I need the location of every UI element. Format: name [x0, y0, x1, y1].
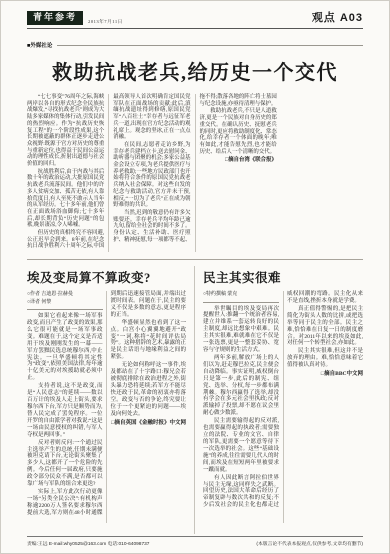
masthead: 青年参考 2013年7月11日 观点A03: [27, 9, 363, 29]
newspaper-logo: 青年参考: [27, 11, 83, 25]
democracy-article-body: ○特约撰稿 蒙克 举世瞩目的埃及变局再次提醒世人:推翻一个统治者容易,建立并维系…: [203, 291, 363, 523]
translator-line: ○译者 何黎: [27, 299, 103, 307]
egypt-byline: ○作者 吉迪恩·拉赫曼 ○译者 何黎: [27, 291, 103, 310]
egypt-article-source: □摘自英国《金融时报》中文网: [111, 420, 187, 427]
page-number: A03: [340, 12, 363, 24]
democracy-byline: ○特约撰稿 蒙克: [203, 291, 279, 303]
author-line: ○作者 吉迪恩·拉赫曼: [27, 291, 103, 299]
main-article-body: “七七事变”76周年之际,海峡两岸以各自的形式纪念全民族抗战爆发,“寻找抗战老兵…: [27, 94, 363, 252]
bottom-section: 埃及变局算不算政变? ○作者 吉迪恩·拉赫曼 ○译者 何黎 如果它看起来像一场军…: [27, 266, 363, 534]
section-divider: [27, 259, 363, 260]
main-paragraph: 在民间,志愿者走访乡野,为幸存老兵建档立卡,送去慰问金、助听器与团聚的机会;多家…: [113, 142, 190, 209]
main-headline: 救助抗战老兵,给历史一个交代: [27, 56, 363, 85]
author-line: ○特约撰稿 蒙克: [203, 291, 279, 299]
main-paragraph: “七七事变”76周年之际,海峡两岸以各自的形式纪念全民族抗战爆发,“寻找抗战老兵…: [27, 94, 104, 168]
column-kicker: ■外媒社论: [27, 41, 52, 49]
kicker-row: ■外媒社论: [27, 41, 363, 49]
democracy-article-source: □摘自BBC中文网: [287, 371, 363, 378]
newspaper-page: 青年参考 2013年7月11日 观点A03 ■外媒社论 救助抗战老兵,给历史一个…: [0, 0, 390, 554]
page-footer: 责编:王远 E-mail:why0525@163.com 电话:010-6409…: [27, 536, 363, 547]
democracy-paragraph: 举世瞩目的埃及变局再次提醒世人:推翻一个统治者容易,建立并维系一套运转良好的民主…: [203, 306, 279, 354]
issue-date: 2013年7月11日: [88, 19, 123, 25]
footer-contact: 责编:王远 E-mail:why0525@163.com 电话:010-6409…: [27, 540, 149, 547]
democracy-paragraph: 两年多前,解放广场上的人们以为,赶走穆巴拉克,民主便会自动降临。事实证明,威权倒…: [203, 355, 279, 417]
article-egypt: 埃及变局算不算政变? ○作者 吉迪恩·拉赫曼 ○译者 何黎 如果它看起来像一场军…: [27, 266, 195, 534]
footer-disclaimer: (本版言论不代表本报观点,仅供参考,文章均有删节): [256, 540, 363, 547]
section-page-label: 观点A03: [312, 9, 363, 25]
egypt-article-body: ○作者 吉迪恩·拉赫曼 ○译者 何黎 如果它看起来像一场军事政变,而且产生了政变…: [27, 291, 186, 523]
democracy-paragraph: 民主需要输得起的反对派,也需要赢得起的执政者;需要独立的法院、专业的文官、自律的…: [203, 418, 279, 473]
democracy-paragraph: 真正值得警惕的,是把民主简化为街头人数的比拼,或把选举等同于民主的全部。民主之难…: [287, 306, 363, 348]
egypt-paragraph: 支持者说,这不是政变,而是“人民意志”的延续——数以百万计的埃及人走上街头,要求…: [27, 383, 103, 438]
egypt-paragraph: 如果它看起来像一场军事政变,而且产生了政变的效果,那么它很可能就是一场军事政变。…: [27, 313, 103, 382]
democracy-paragraph: 民主其实很难,但这并不是放弃的理由。难,恰恰意味着它值得被认真对待。: [287, 348, 363, 369]
kicker-rule: [57, 45, 363, 46]
section-name: 观点: [312, 12, 336, 24]
main-paragraph: 救助抗战老兵,不只是人道救济,更是一个民族对自身历史的郑重交代。在确认历史、抚慰…: [200, 108, 277, 155]
article-democracy: 民主其实很难 ○特约撰稿 蒙克 举世瞩目的埃及变局再次提醒世人:推翻一个统治者容…: [195, 266, 363, 534]
egypt-headline: 埃及变局算不算政变?: [27, 268, 186, 286]
main-article-source: □摘自台湾《联合报》: [200, 157, 277, 164]
egypt-paragraph: 华盛顿显然也看到了这一点。白宫小心翼翼地避开“政变”一词,称将“花时间评估局势”…: [111, 320, 187, 362]
egypt-paragraph: 反对者则反问:一个通过民主选举产生的总统,任期未满便被坦克请下台,无论街头聚集了…: [27, 440, 103, 488]
main-paragraph: 抗战胜利后,由于内战与其后数十年的政治运动,大批原国民党抗战老兵流落民间。他们中…: [27, 169, 104, 229]
egypt-paragraph: 无论如何称呼这一事件,埃及都站在了十字路口:穆兄会若被彻底排除在政治进程之外,街…: [111, 362, 187, 417]
democracy-headline: 民主其实很难: [203, 268, 363, 286]
